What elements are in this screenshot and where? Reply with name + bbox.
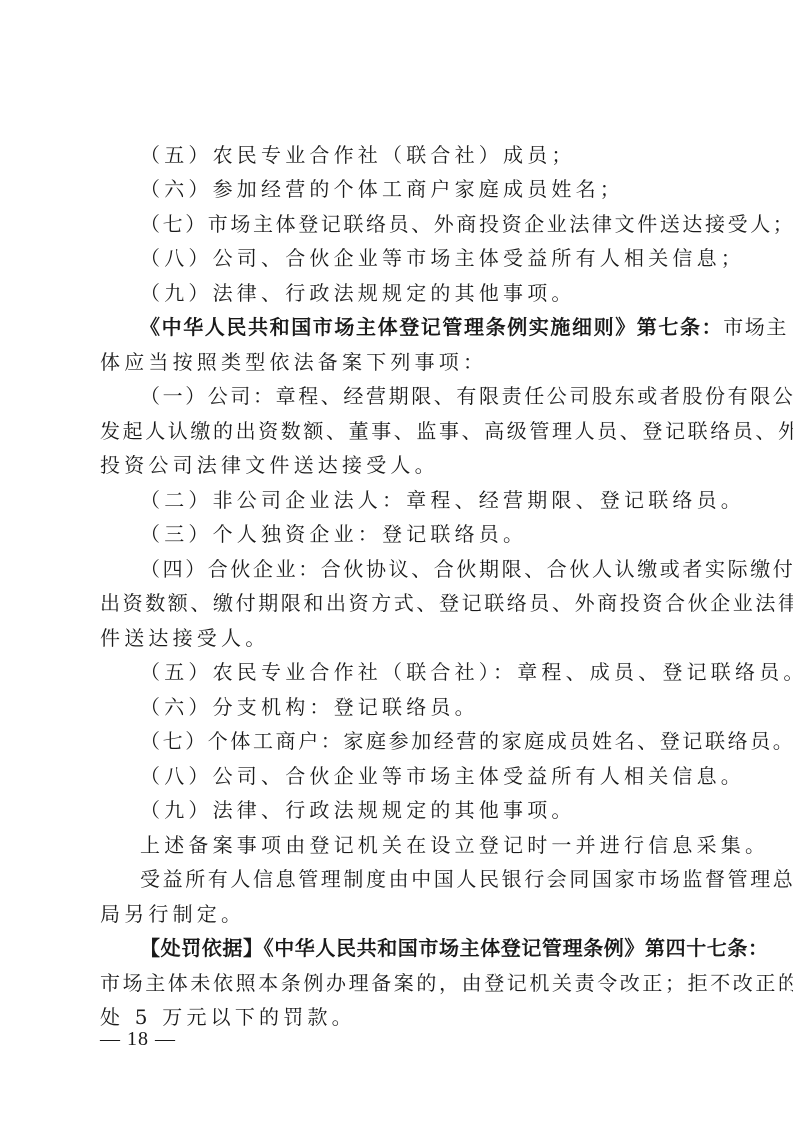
- a7-item-3: （三）个人独资企业：登记联络员。: [140, 517, 700, 551]
- article7-continuation: 体应当按照类型依法备案下列事项：: [100, 345, 700, 379]
- a7-item-6: （六）分支机构：登记联络员。: [140, 690, 700, 724]
- penalty-heading: 【处罚依据】《中华人民共和国市场主体登记管理条例》第四十七条：: [140, 931, 700, 965]
- a7-item-4-l1: （四）合伙企业：合伙协议、合伙期限、合伙人认缴或者实际缴付的: [140, 552, 700, 586]
- note-beneficial-owner-l2: 局另行制定。: [100, 897, 700, 931]
- article7-title-rest: 市场主: [723, 315, 788, 339]
- document-page: （五）农民专业合作社（联合社）成员； （六）参加经营的个体工商户家庭成员姓名； …: [0, 0, 793, 1122]
- a7-item-2: （二）非公司企业法人：章程、经营期限、登记联络员。: [140, 483, 700, 517]
- page-number: — 18 —: [100, 1028, 176, 1051]
- note-collection: 上述备案事项由登记机关在设立登记时一并进行信息采集。: [140, 828, 700, 862]
- item-7-line: （七）市场主体登记联络员、外商投资企业法律文件送达接受人；: [140, 207, 700, 241]
- a7-item-4-l2: 出资数额、缴付期限和出资方式、登记联络员、外商投资合伙企业法律文: [100, 586, 700, 620]
- a7-item-1-l1: （一）公司：章程、经营期限、有限责任公司股东或者股份有限公司: [140, 379, 700, 413]
- article7-heading: 《中华人民共和国市场主体登记管理条例实施细则》第七条：市场主: [140, 310, 700, 344]
- item-6-line: （六）参加经营的个体工商户家庭成员姓名；: [140, 172, 700, 206]
- note-beneficial-owner-l1: 受益所有人信息管理制度由中国人民银行会同国家市场监督管理总: [140, 862, 700, 896]
- penalty-text-l1: 市场主体未依照本条例办理备案的，由登记机关责令改正；拒不改正的，: [100, 966, 700, 1000]
- item-8-line: （八）公司、合伙企业等市场主体受益所有人相关信息；: [140, 241, 700, 275]
- a7-item-1-l2: 发起人认缴的出资数额、董事、监事、高级管理人员、登记联络员、外商: [100, 414, 700, 448]
- a7-item-1-l3: 投资公司法律文件送达接受人。: [100, 448, 700, 482]
- a7-item-5: （五）农民专业合作社（联合社）：章程、成员、登记联络员。: [140, 655, 700, 689]
- item-9-line: （九）法律、行政法规规定的其他事项。: [140, 276, 700, 310]
- a7-item-7: （七）个体工商户：家庭参加经营的家庭成员姓名、登记联络员。: [140, 724, 700, 758]
- a7-item-4-l3: 件送达接受人。: [100, 621, 700, 655]
- penalty-text-l2: 处 5 万元以下的罚款。: [100, 1000, 700, 1034]
- item-5-line: （五）农民专业合作社（联合社）成员；: [140, 138, 700, 172]
- article7-title: 《中华人民共和国市场主体登记管理条例实施细则》第七条：: [140, 315, 723, 339]
- a7-item-9: （九）法律、行政法规规定的其他事项。: [140, 793, 700, 827]
- a7-item-8: （八）公司、合伙企业等市场主体受益所有人相关信息。: [140, 759, 700, 793]
